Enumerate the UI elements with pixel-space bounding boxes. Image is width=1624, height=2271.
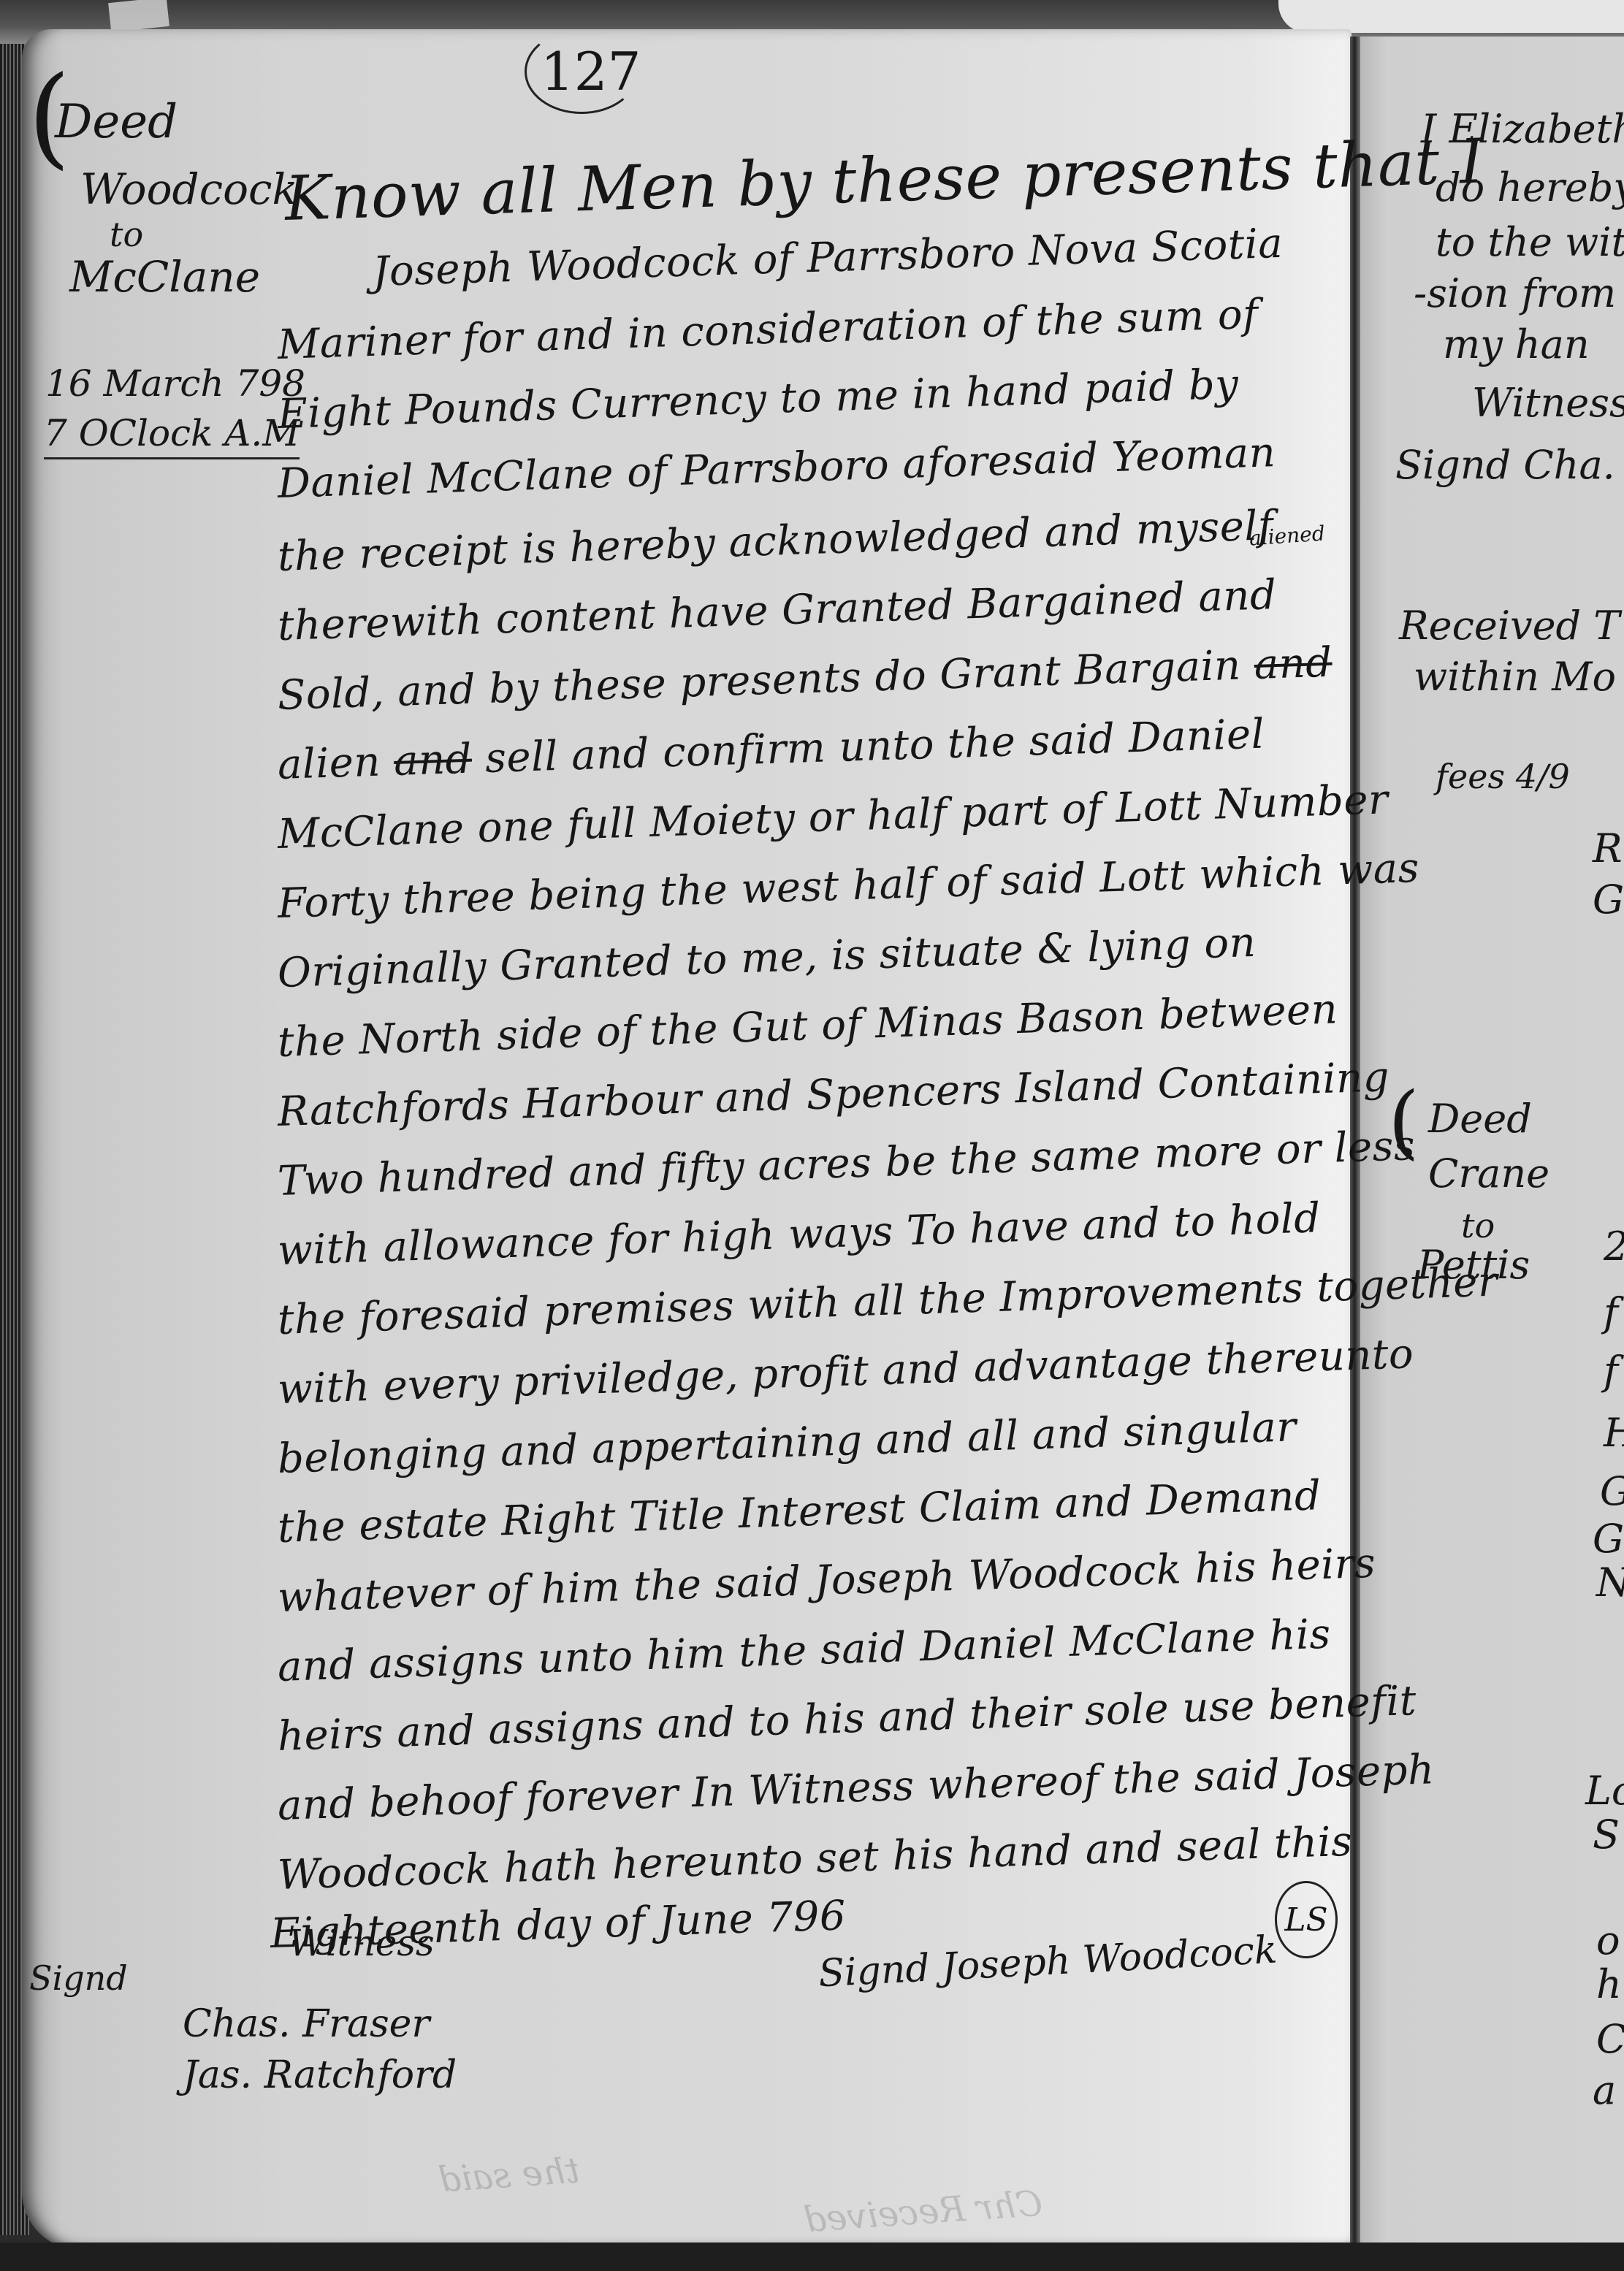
right-margin-brace-icon: ( (1388, 1081, 1419, 1161)
right-page-edge-letter: G (1600, 1472, 1624, 1511)
right-page-line: Witness (1472, 383, 1624, 423)
right-page-line: within Mo (1414, 657, 1616, 697)
right-page-line: Received T (1399, 606, 1620, 646)
right-page-edge-letter: o (1596, 1921, 1620, 1961)
right-page-edge-letter: 2 (1604, 1227, 1624, 1267)
folio-number: 127 (541, 45, 641, 98)
right-margin-note-to: to (1461, 1209, 1495, 1243)
right-page-edge-letter: f (1604, 1351, 1618, 1391)
witness-signature: Jas. Ratchford (183, 2056, 457, 2094)
seal-text: LS (1284, 1901, 1327, 1939)
right-page-fee: fees 4/9 (1436, 760, 1570, 793)
right-page-line: Signd Cha. (1395, 446, 1615, 485)
right-page-edge-letter: Lo (1585, 1771, 1624, 1811)
right-page-edge-letter: S (1593, 1815, 1620, 1855)
right-page-edge-text: G (1593, 880, 1624, 920)
right-page-edge-letter: H (1604, 1413, 1624, 1453)
right-page-edge-letter: N (1596, 1563, 1624, 1603)
right-margin-note-grantee: Pettis (1417, 1245, 1530, 1285)
backdrop-paper (1278, 0, 1624, 33)
bottom-shadow (0, 2243, 1624, 2271)
right-page-edge-letter: h (1596, 1965, 1622, 2004)
witness-label: Witness (289, 1925, 435, 1961)
seal-icon: LS (1275, 1881, 1338, 1958)
signed-label: Signd (29, 1961, 128, 1995)
right-page-line: my han (1443, 325, 1590, 364)
right-margin-note-grantor: Crane (1428, 1154, 1549, 1194)
margin-note-title: Deed (55, 99, 178, 145)
margin-note-grantee: McClane (69, 256, 260, 298)
struck-word: and (393, 736, 473, 785)
deed-insertion: aliened (1249, 523, 1325, 549)
right-page-edge-letter: C (1596, 2020, 1624, 2059)
right-margin-note-title: Deed (1428, 1099, 1532, 1139)
witness-signature: Chas. Fraser (183, 2005, 430, 2043)
deed-line-prefix: alien (277, 738, 381, 789)
right-page-edge-letter: f (1604, 1293, 1618, 1332)
right-page-line: to the with (1436, 223, 1624, 262)
struck-word: and (1254, 639, 1333, 689)
right-page-line: -sion from (1414, 274, 1616, 313)
margin-note-grantor: Woodcock (80, 168, 298, 210)
margin-note-recorded-time: 7 OClock A.M (44, 415, 300, 459)
right-page-edge-letter: Go (1593, 1519, 1624, 1559)
margin-note-to: to (110, 218, 143, 251)
right-page-edge-letter: a (1593, 2071, 1616, 2110)
right-page-line: do hereby (1436, 168, 1624, 207)
right-page-line: I Elizabeth (1421, 110, 1624, 149)
right-page-edge-text: Re (1593, 829, 1624, 869)
margin-note-recorded-date: 16 March 798 (45, 365, 305, 402)
